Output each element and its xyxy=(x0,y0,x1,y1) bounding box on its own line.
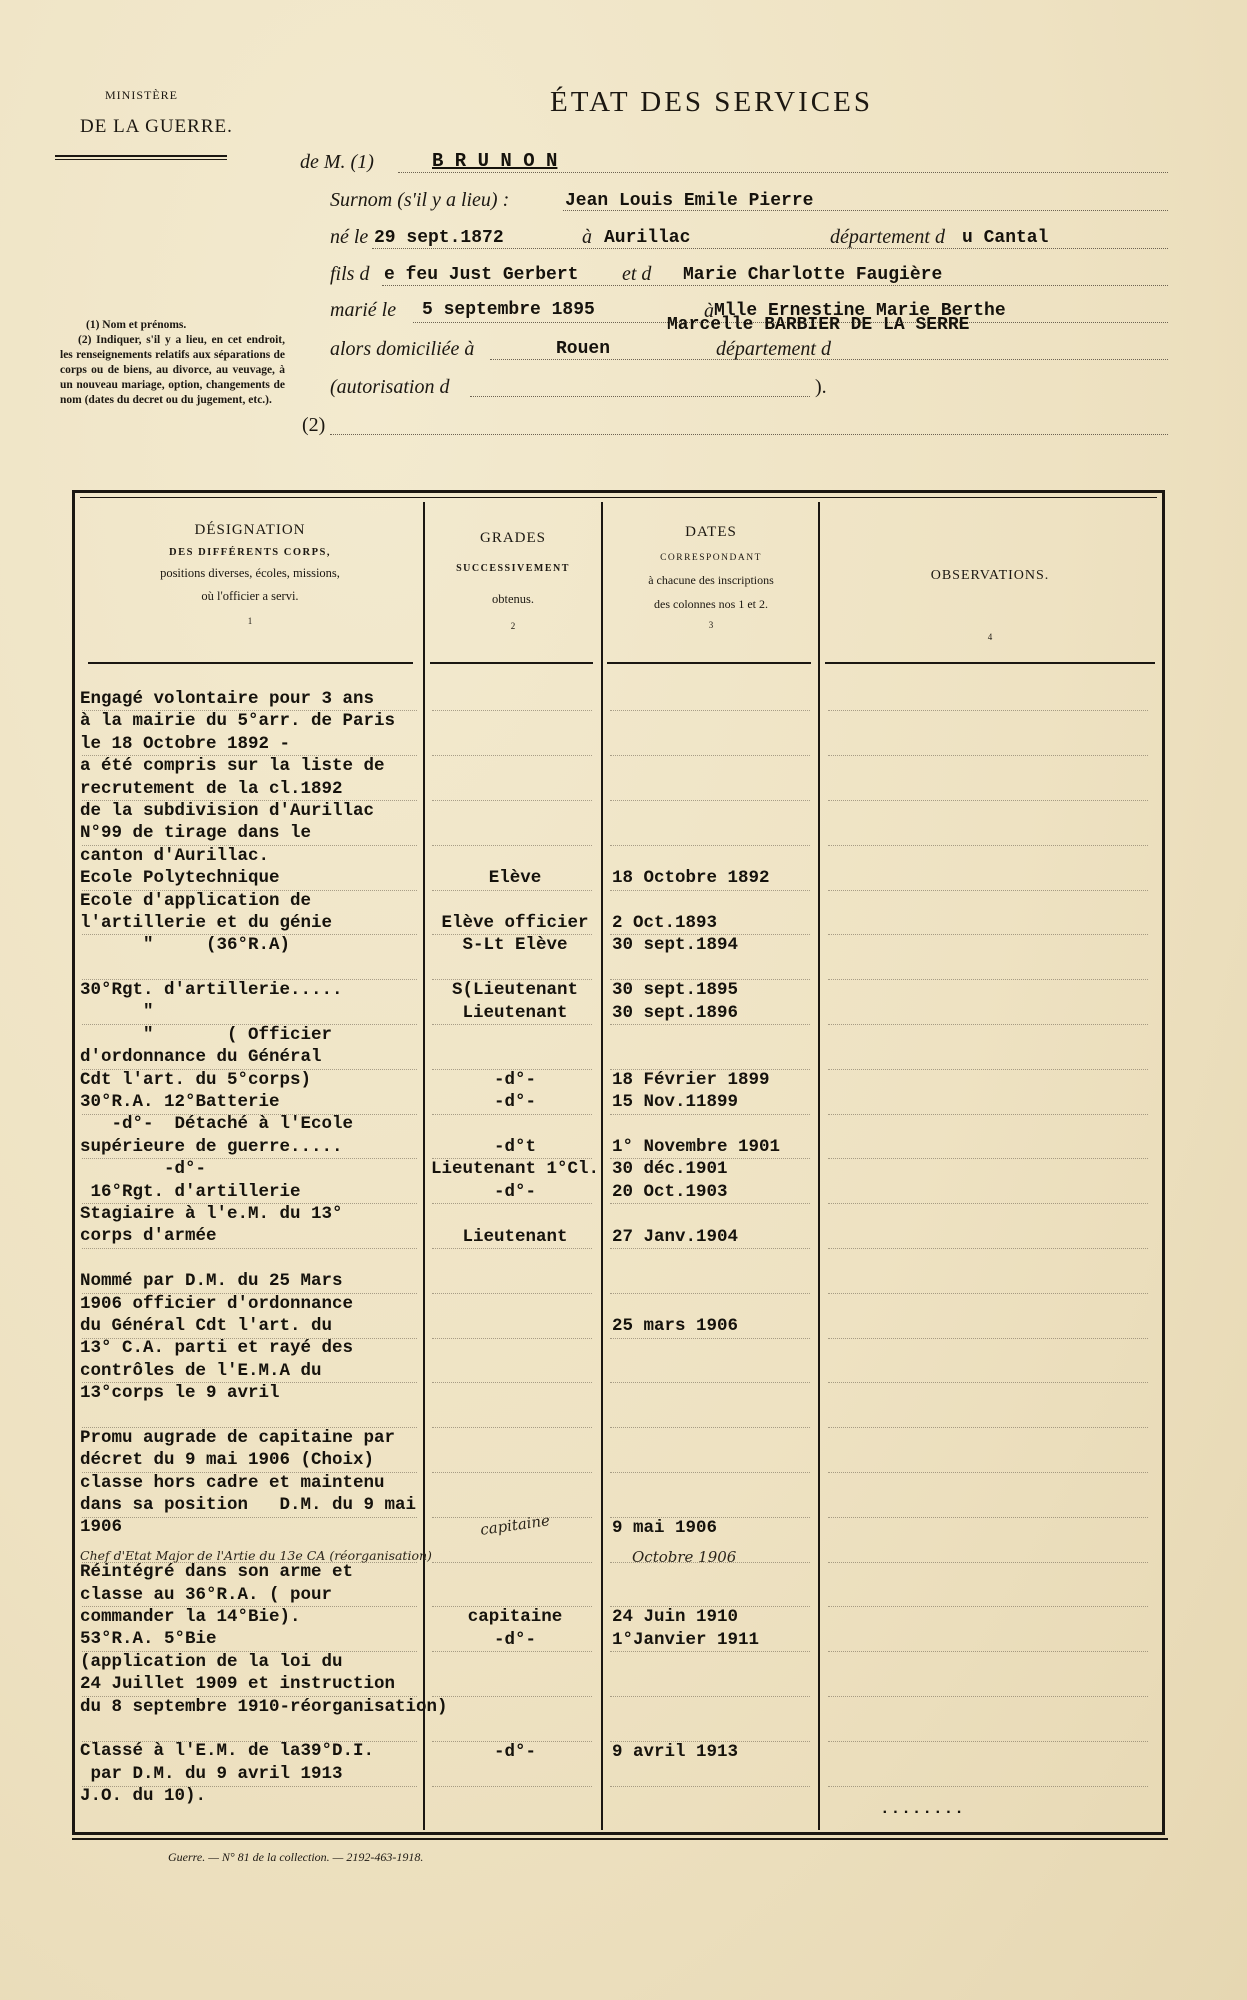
col-header-grades: GRADES SUCCESSIVEMENT obtenus. 2 xyxy=(428,530,598,631)
designation-line: 30°R.A. 12°Batterie xyxy=(80,1091,448,1113)
grades-entry: -d°t xyxy=(430,1136,600,1158)
ruling-line xyxy=(828,1382,1148,1383)
ruling-line xyxy=(82,979,417,980)
ruling-line xyxy=(610,979,810,980)
ruling-line xyxy=(82,1606,417,1607)
designation-line: 13° C.A. parti et rayé des xyxy=(80,1337,448,1359)
ruling-line xyxy=(610,800,810,801)
dates-entry: 1°Janvier 1911 xyxy=(612,1629,759,1651)
father-value[interactable]: e feu Just Gerbert xyxy=(384,265,578,285)
header-rule-1 xyxy=(88,662,413,664)
grades-entry: S(Lieutenant xyxy=(430,979,600,1001)
ruling-line xyxy=(610,1158,810,1159)
dates-entry: 30 déc.1901 xyxy=(612,1158,728,1180)
and-label: et d xyxy=(622,263,651,286)
ruling-line xyxy=(82,1786,417,1787)
ruling-line xyxy=(610,1741,810,1742)
ruling-line xyxy=(432,1338,592,1339)
ruling-line xyxy=(82,1427,417,1428)
col3-sub3: des colonnes nos 1 et 2. xyxy=(606,597,816,612)
grades-entry: Elève xyxy=(430,867,600,889)
designation-line xyxy=(80,1405,448,1427)
designation-line: -d°- Détaché à l'Ecole xyxy=(80,1113,448,1135)
header-rule-3 xyxy=(607,662,811,664)
mother-value[interactable]: Marie Charlotte Faugière xyxy=(683,265,942,285)
ruling-line xyxy=(432,1114,592,1115)
ruling-line xyxy=(82,1203,417,1204)
col4-title: OBSERVATIONS. xyxy=(825,568,1155,584)
designation-line: Stagiaire à l'e.M. du 13° xyxy=(80,1203,448,1225)
dates-entry: 30 sept.1896 xyxy=(612,1002,738,1024)
ruling-line xyxy=(828,1069,1148,1070)
ruling-line xyxy=(828,934,1148,935)
grades-entry: Lieutenant xyxy=(430,1002,600,1024)
ruling-line xyxy=(828,1293,1148,1294)
designation-line: dans sa position D.M. du 9 mai xyxy=(80,1494,448,1516)
designation-line: recrutement de la cl.1892 xyxy=(80,778,448,800)
col1-title: DÉSIGNATION xyxy=(90,522,410,539)
ministry-divider-2 xyxy=(55,159,227,160)
designation-line: classe hors cadre et maintenu xyxy=(80,1472,448,1494)
grades-entry: Lieutenant xyxy=(430,1226,600,1248)
designation-line: 1906 officier d'ordonnance xyxy=(80,1293,448,1315)
name-line xyxy=(398,172,1168,173)
designation-line: (application de la loi du xyxy=(80,1651,448,1673)
dates-entry: 2 Oct.1893 xyxy=(612,912,717,934)
designation-line: Cdt l'art. du 5°corps) xyxy=(80,1069,448,1091)
spouse-line2[interactable]: Marcelle BARBIER DE LA SERRE xyxy=(667,315,969,335)
ministry-divider xyxy=(55,155,227,157)
designation-line: classe au 36°R.A. ( pour xyxy=(80,1584,448,1606)
designation-line: 16°Rgt. d'artillerie xyxy=(80,1181,448,1203)
header-rule-4 xyxy=(825,662,1155,664)
parents-line xyxy=(382,285,1168,286)
designation-line: 13°corps le 9 avril xyxy=(80,1382,448,1404)
ruling-line xyxy=(82,710,417,711)
ruling-line xyxy=(828,1606,1148,1607)
designation-line: " xyxy=(80,1001,448,1023)
ruling-line xyxy=(610,1114,810,1115)
ruling-line xyxy=(610,1293,810,1294)
married-label: marié le xyxy=(330,299,396,322)
ruling-line xyxy=(82,1293,417,1294)
ruling-line xyxy=(610,1338,810,1339)
col4-num: 4 xyxy=(825,632,1155,642)
ruling-line xyxy=(432,1158,592,1159)
name-value[interactable]: B R U N O N xyxy=(432,150,557,172)
designation-line: d'ordonnance du Général xyxy=(80,1046,448,1068)
col1-sub2: positions diverses, écoles, missions, xyxy=(90,566,410,581)
designation-line: 30°Rgt. d'artillerie..... xyxy=(80,979,448,1001)
column-divider-2 xyxy=(601,502,603,1830)
ruling-line xyxy=(828,845,1148,846)
ruling-line xyxy=(82,1651,417,1652)
ruling-line xyxy=(82,1069,417,1070)
ruling-line xyxy=(828,979,1148,980)
designation-line: Ecole Polytechnique xyxy=(80,867,448,889)
dept-value[interactable]: u Cantal xyxy=(962,228,1048,248)
designation-line: l'artillerie et du génie xyxy=(80,912,448,934)
dept-label: département d xyxy=(830,226,945,249)
designation-line: " (36°R.A) xyxy=(80,934,448,956)
designation-line xyxy=(80,1718,448,1740)
ruling-line xyxy=(828,890,1148,891)
col3-title: DATES xyxy=(606,524,816,541)
designation-line: 53°R.A. 5°Bie xyxy=(80,1628,448,1650)
ruling-line xyxy=(610,1427,810,1428)
designation-line: contrôles de l'E.M.A du xyxy=(80,1360,448,1382)
ruling-line xyxy=(432,1562,592,1563)
authorization-close: ). xyxy=(815,376,827,399)
designation-line: à la mairie du 5°arr. de Paris xyxy=(80,710,448,732)
col2-title: GRADES xyxy=(428,530,598,547)
ruling-line xyxy=(828,1696,1148,1697)
ruling-line xyxy=(610,1606,810,1607)
ruling-line xyxy=(828,1158,1148,1159)
ruling-line xyxy=(828,1562,1148,1563)
col1-sub3: où l'officier a servi. xyxy=(90,589,410,604)
ruling-line xyxy=(432,890,592,891)
dates-entry: 20 Oct.1903 xyxy=(612,1181,728,1203)
dates-entry: 18 Octobre 1892 xyxy=(612,867,770,889)
ministry-label: MINISTÈRE xyxy=(105,88,178,103)
ruling-line xyxy=(82,1024,417,1025)
designation-line: 24 Juillet 1909 et instruction xyxy=(80,1673,448,1695)
designation-line: par D.M. du 9 avril 1913 xyxy=(80,1763,448,1785)
observations-dots: ........ xyxy=(880,1800,965,1818)
ruling-line xyxy=(610,710,810,711)
ruling-line xyxy=(82,1248,417,1249)
dates-entry: 9 mai 1906 xyxy=(612,1517,717,1539)
ruling-line xyxy=(82,1741,417,1742)
footer-collection: Guerre. — N° 81 de la collection. — 2192… xyxy=(168,1850,423,1865)
ruling-line xyxy=(432,1203,592,1204)
ruling-line xyxy=(828,710,1148,711)
col-header-dates: DATES CORRESPONDANT à chacune des inscri… xyxy=(606,524,816,630)
col2-sub2: obtenus. xyxy=(428,592,598,607)
designation-line: Réintégré dans son arme et xyxy=(80,1561,448,1583)
authorization-label: (autorisation d xyxy=(330,376,449,399)
ruling-line xyxy=(82,1472,417,1473)
ruling-line xyxy=(610,1696,810,1697)
ruling-line xyxy=(82,1517,417,1518)
ruling-line xyxy=(432,1606,592,1607)
ruling-line xyxy=(828,1203,1148,1204)
footnote-2: (2) Indiquer, s'il y a lieu, en cet endr… xyxy=(60,333,285,408)
ruling-line xyxy=(610,1069,810,1070)
header-rule-2 xyxy=(430,662,593,664)
table-inner-top xyxy=(80,497,1157,498)
col3-sub2: à chacune des inscriptions xyxy=(606,573,816,588)
ruling-line xyxy=(432,1024,592,1025)
dates-entry: 9 avril 1913 xyxy=(612,1741,738,1763)
col1-num: 1 xyxy=(90,616,410,626)
ruling-line xyxy=(432,710,592,711)
ruling-line xyxy=(610,755,810,756)
dates-entry: 30 sept.1895 xyxy=(612,979,738,1001)
designation-line: décret du 9 mai 1906 (Choix) xyxy=(80,1449,448,1471)
ruling-line xyxy=(610,1248,810,1249)
designation-line: -d°- xyxy=(80,1158,448,1180)
ruling-line xyxy=(610,890,810,891)
grades-entry: S-Lt Elève xyxy=(430,934,600,956)
ruling-line xyxy=(432,1786,592,1787)
ruling-line xyxy=(610,934,810,935)
ruling-line xyxy=(82,1338,417,1339)
born-at-label: à xyxy=(582,226,592,249)
ruling-line xyxy=(828,1517,1148,1518)
domicile-dept-label: département d xyxy=(716,338,831,361)
ruling-line xyxy=(432,1741,592,1742)
col2-sub1: SUCCESSIVEMENT xyxy=(428,563,598,574)
grades-entry: -d°- xyxy=(430,1069,600,1091)
dates-entry: 15 Nov.11899 xyxy=(612,1091,738,1113)
ruling-line xyxy=(828,1338,1148,1339)
designation-line: supérieure de guerre..... xyxy=(80,1136,448,1158)
dates-entry: 27 Janv.1904 xyxy=(612,1226,738,1248)
column-divider-3 xyxy=(818,502,820,1830)
ruling-line xyxy=(828,1741,1148,1742)
ruling-line xyxy=(828,1786,1148,1787)
dates-entry: 30 sept.1894 xyxy=(612,934,738,956)
domicile-value[interactable]: Rouen xyxy=(556,339,610,359)
designation-line: du Général Cdt l'art. du xyxy=(80,1315,448,1337)
col2-num: 2 xyxy=(428,621,598,631)
ruling-line xyxy=(610,1382,810,1383)
surnom-value[interactable]: Jean Louis Emile Pierre xyxy=(565,191,813,211)
ruling-line xyxy=(828,1024,1148,1025)
dates-entry: 1° Novembre 1901 xyxy=(612,1136,780,1158)
footnote-1: (1) Nom et prénoms. xyxy=(68,318,293,333)
ruling-line xyxy=(610,1786,810,1787)
note2-line xyxy=(330,434,1168,435)
married-date[interactable]: 5 septembre 1895 xyxy=(422,300,595,320)
col3-sub1: CORRESPONDANT xyxy=(606,553,816,563)
born-label: né le xyxy=(330,226,368,249)
designation-line: du 8 septembre 1910-réorganisation) xyxy=(80,1696,448,1718)
grades-entry: Elève officier xyxy=(430,912,600,934)
ruling-line xyxy=(432,979,592,980)
page-title: ÉTAT DES SERVICES xyxy=(550,86,873,119)
ruling-line xyxy=(432,1696,592,1697)
dates-entry: 25 mars 1906 xyxy=(612,1315,738,1337)
ruling-line xyxy=(828,1248,1148,1249)
designation-line: Engagé volontaire pour 3 ans xyxy=(80,688,448,710)
ruling-line xyxy=(82,1382,417,1383)
ruling-line xyxy=(828,755,1148,756)
authorization-line xyxy=(470,396,810,397)
designation-line: commander la 14°Bie). xyxy=(80,1606,448,1628)
ruling-line xyxy=(432,1427,592,1428)
ruling-line xyxy=(432,1248,592,1249)
designation-line: " ( Officier xyxy=(80,1024,448,1046)
handwritten-date: Octobre 1906 xyxy=(632,1548,736,1566)
ruling-line xyxy=(82,755,417,756)
grades-entry: -d°- xyxy=(430,1091,600,1113)
designation-line: corps d'armée xyxy=(80,1225,448,1247)
grades-entry: capitaine xyxy=(430,1606,600,1628)
designation-line: Promu augrade de capitaine par xyxy=(80,1427,448,1449)
ruling-line xyxy=(828,1114,1148,1115)
designation-line xyxy=(80,1248,448,1270)
ruling-line xyxy=(82,800,417,801)
note2-marker: (2) xyxy=(302,414,325,437)
table-outer-bottom xyxy=(72,1838,1168,1840)
ruling-line xyxy=(610,1024,810,1025)
ruling-line xyxy=(82,890,417,891)
ruling-line xyxy=(610,1651,810,1652)
ruling-line xyxy=(82,1696,417,1697)
ruling-line xyxy=(82,1158,417,1159)
grades-entry: -d°- xyxy=(430,1629,600,1651)
dates-entry: 24 Juin 1910 xyxy=(612,1606,738,1628)
ruling-line xyxy=(432,1651,592,1652)
ruling-line xyxy=(82,934,417,935)
ruling-line xyxy=(610,1472,810,1473)
ruling-line xyxy=(828,1651,1148,1652)
ruling-line xyxy=(82,845,417,846)
ruling-line xyxy=(432,934,592,935)
designation-line: Classé à l'E.M. de la39°D.I. xyxy=(80,1740,448,1762)
designation-line: a été compris sur la liste de xyxy=(80,755,448,777)
designation-line: J.O. du 10). xyxy=(80,1785,448,1807)
ruling-line xyxy=(82,1114,417,1115)
ruling-line xyxy=(828,1427,1148,1428)
ruling-line xyxy=(432,1293,592,1294)
grades-entry: -d°- xyxy=(430,1181,600,1203)
col-header-designation: DÉSIGNATION DES DIFFÉRENTS CORPS, positi… xyxy=(90,522,410,626)
ruling-line xyxy=(432,800,592,801)
ruling-line xyxy=(432,755,592,756)
domicile-label: alors domiciliée à xyxy=(330,338,474,361)
ruling-line xyxy=(432,1472,592,1473)
dates-entry: 18 Février 1899 xyxy=(612,1069,770,1091)
designation-line: canton d'Aurillac. xyxy=(80,845,448,867)
designation-line: 1906 xyxy=(80,1516,448,1538)
ruling-line xyxy=(610,1203,810,1204)
designation-line: de la subdivision d'Aurillac xyxy=(80,800,448,822)
col1-sub1: DES DIFFÉRENTS CORPS, xyxy=(90,547,410,558)
designation-line: Ecole d'application de xyxy=(80,890,448,912)
ruling-line xyxy=(828,800,1148,801)
surnom-label: Surnom (s'il y a lieu) : xyxy=(330,189,509,212)
designation-line: le 18 Octobre 1892 - xyxy=(80,733,448,755)
son-label: fils d xyxy=(330,263,369,286)
grades-entry: Lieutenant 1°Cl. xyxy=(430,1158,600,1180)
col3-num: 3 xyxy=(606,620,816,630)
born-line xyxy=(372,248,1168,249)
handwritten-designation: Chef d'Etat Major de l'Artie du 13e CA (… xyxy=(80,1548,432,1563)
name-label: de M. (1) xyxy=(300,151,374,174)
designation-line xyxy=(80,957,448,979)
ruling-line xyxy=(610,1517,810,1518)
ruling-line xyxy=(610,845,810,846)
footnote-1-text: (1) Nom et prénoms. xyxy=(68,319,186,331)
ruling-line xyxy=(432,1069,592,1070)
ministry-name: DE LA GUERRE. xyxy=(80,116,233,138)
ruling-line xyxy=(432,845,592,846)
col-header-observations: OBSERVATIONS. 4 xyxy=(825,568,1155,642)
born-date[interactable]: 29 sept.1872 xyxy=(374,228,504,248)
designation-line: N°99 de tirage dans le xyxy=(80,822,448,844)
grades-entry: -d°- xyxy=(430,1741,600,1763)
designation-line: Nommé par D.M. du 25 Mars xyxy=(80,1270,448,1292)
born-place[interactable]: Aurillac xyxy=(604,228,690,248)
ruling-line xyxy=(432,1382,592,1383)
ruling-line xyxy=(828,1472,1148,1473)
